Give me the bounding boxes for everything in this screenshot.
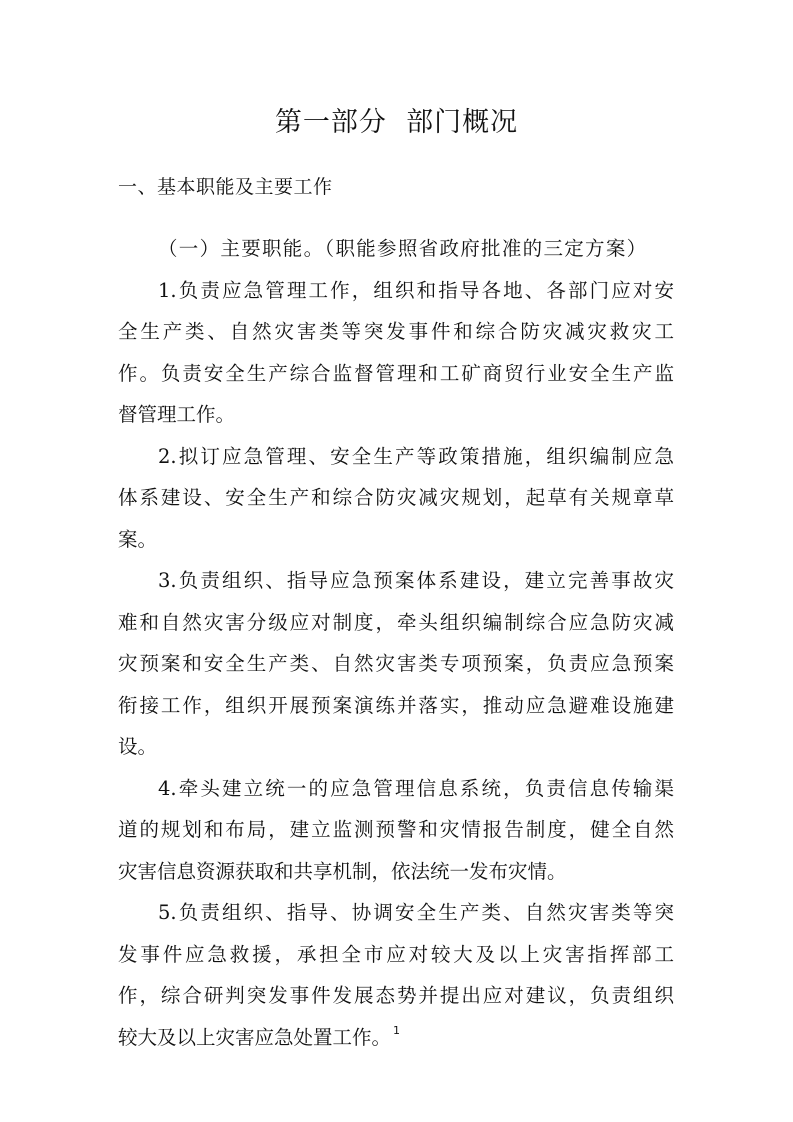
paragraph-line: 设。 xyxy=(118,726,674,768)
document-page: 第一部分 部门概况 一、基本职能及主要工作 （一）主要职能。（职能参照省政府批准… xyxy=(0,0,793,1122)
page-number: 1 xyxy=(0,1024,793,1038)
paragraph-line: 作。负责安全生产综合监督管理和工矿商贸行业安全生产监 xyxy=(118,353,674,395)
paragraph-line: 作，综合研判突发事件发展态势并提出应对建议，负责组织 xyxy=(118,975,674,1017)
document-body: （一）主要职能。（职能参照省政府批准的三定方案） 1.负责应急管理工作，组织和指… xyxy=(118,228,674,1058)
paragraph-line: 2.拟订应急管理、安全生产等政策措施，组织编制应急 xyxy=(118,436,674,478)
paragraph-line: 发事件应急救援，承担全市应对较大及以上灾害指挥部工 xyxy=(118,934,674,976)
section-heading: 一、基本职能及主要工作 xyxy=(118,172,333,202)
paragraph-line: 难和自然灾害分级应对制度，牵头组织编制综合应急防灾减 xyxy=(118,602,674,644)
paragraph-line: 全生产类、自然灾害类等突发事件和综合防灾减灾救灾工 xyxy=(118,311,674,353)
paragraph-4: 4.牵头建立统一的应急管理信息系统，负责信息传输渠 道的规划和布局，建立监测预警… xyxy=(118,768,674,893)
paragraph-1: 1.负责应急管理工作，组织和指导各地、各部门应对安 全生产类、自然灾害类等突发事… xyxy=(118,270,674,436)
paragraph-line: 案。 xyxy=(118,519,674,561)
paragraph-line: 督管理工作。 xyxy=(118,394,674,436)
paragraph-2: 2.拟订应急管理、安全生产等政策措施，组织编制应急 体系建设、安全生产和综合防灾… xyxy=(118,436,674,561)
paragraph-line: 灾预案和安全生产类、自然灾害类专项预案，负责应急预案 xyxy=(118,643,674,685)
paragraph-line: 体系建设、安全生产和综合防灾减灾规划，起草有关规章草 xyxy=(118,477,674,519)
paragraph-line: 3.负责组织、指导应急预案体系建设，建立完善事故灾 xyxy=(118,560,674,602)
paragraph-line: 道的规划和布局，建立监测预警和灾情报告制度，健全自然 xyxy=(118,809,674,851)
paragraph-line: 衔接工作，组织开展预案演练并落实，推动应急避难设施建 xyxy=(118,685,674,727)
paragraph-line: 4.牵头建立统一的应急管理信息系统，负责信息传输渠 xyxy=(118,768,674,810)
paragraph-3: 3.负责组织、指导应急预案体系建设，建立完善事故灾 难和自然灾害分级应对制度，牵… xyxy=(118,560,674,768)
paragraph-line: 灾害信息资源获取和共享机制，依法统一发布灾情。 xyxy=(118,851,674,893)
paragraph-line: 5.负责组织、指导、协调安全生产类、自然灾害类等突 xyxy=(118,892,674,934)
subsection-heading: （一）主要职能。（职能参照省政府批准的三定方案） xyxy=(118,228,674,270)
page-title: 第一部分 部门概况 xyxy=(0,103,793,143)
paragraph-line: 1.负责应急管理工作，组织和指导各地、各部门应对安 xyxy=(118,270,674,312)
